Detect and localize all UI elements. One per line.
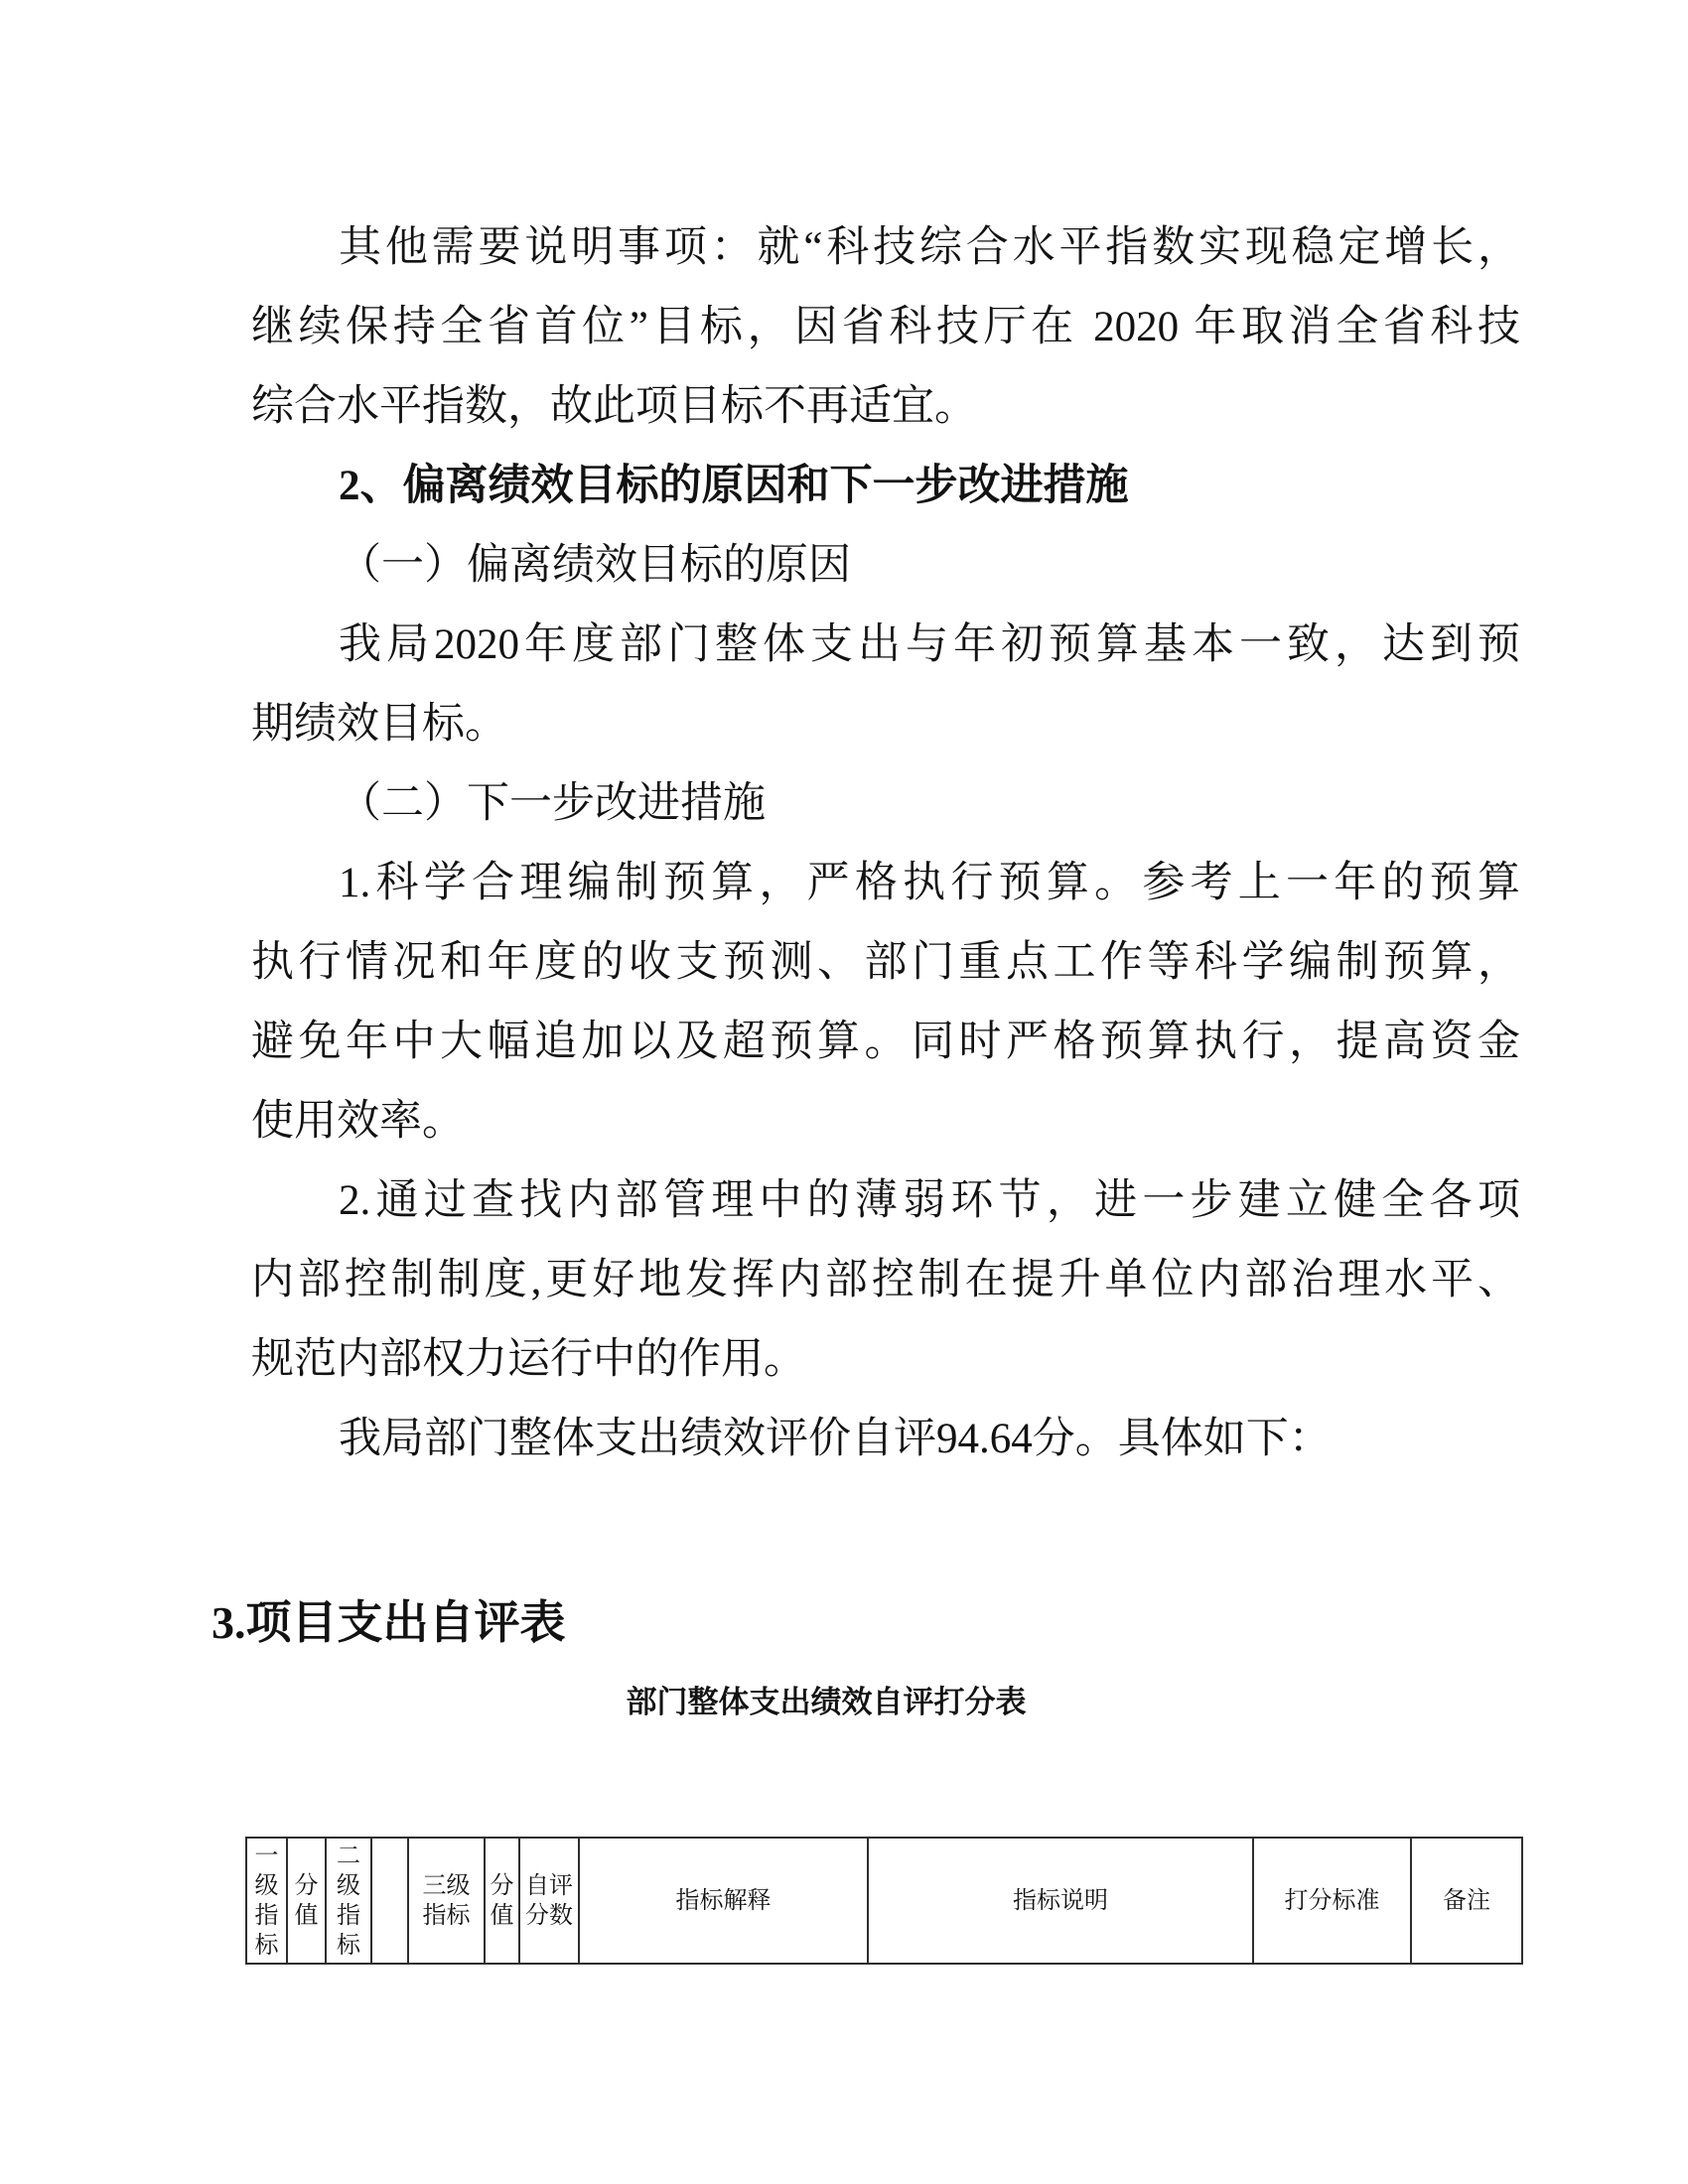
paragraph-line: 我局2020年度部门整体支出与年初预算基本一致，达到预 <box>251 606 1520 685</box>
paragraph-line: 其他需要说明事项：就“科技综合水平指数实现稳定增长， <box>251 208 1520 288</box>
header-cell-level3-indicator: 三级指标 <box>408 1838 485 1964</box>
paragraph-line: 内部控制制度,更好地发挥内部控制在提升单位内部治理水平、 <box>251 1241 1520 1320</box>
header-cell-empty <box>371 1838 408 1964</box>
header-cell-scoring-standard: 打分标准 <box>1253 1838 1411 1964</box>
paragraph-line: 规范内部权力运行中的作用。 <box>251 1320 1520 1400</box>
header-cell-remarks: 备注 <box>1411 1838 1522 1964</box>
document-page: 其他需要说明事项：就“科技综合水平指数实现稳定增长， 继续保持全省首位”目标，因… <box>0 0 1688 2184</box>
paragraph-line: 继续保持全省首位”目标，因省科技厅在 2020 年取消全省科技 <box>251 288 1520 367</box>
paragraph-line: 避免年中大幅追加以及超预算。同时严格预算执行，提高资金 <box>251 1003 1520 1082</box>
document-content: 其他需要说明事项：就“科技综合水平指数实现稳定增长， 继续保持全省首位”目标，因… <box>251 208 1520 1965</box>
score-table-title: 部门整体支出绩效自评打分表 <box>192 1683 1461 1722</box>
paragraph-line: 期绩效目标。 <box>251 685 1520 764</box>
paragraph-line: 综合水平指数，故此项目标不再适宜。 <box>251 367 1520 447</box>
paragraph-line: 1.科学合理编制预算，严格执行预算。参考上一年的预算 <box>251 844 1520 923</box>
header-cell-points-1: 分值 <box>287 1838 326 1964</box>
header-cell-self-score: 自评分数 <box>519 1838 579 1964</box>
header-cell-indicator-explanation: 指标解释 <box>579 1838 868 1964</box>
section-2-heading: 2、偏离绩效目标的原因和下一步改进措施 <box>251 447 1520 526</box>
paragraph-line: 2.通过查找内部管理中的薄弱环节，进一步建立健全各项 <box>251 1161 1520 1241</box>
subsection-2-heading: （二）下一步改进措施 <box>251 764 1520 844</box>
score-table: 一级指标 分值 二级指标 三级指标 分值 自评分数 指标解释 指标说明 打分标准… <box>245 1837 1523 1965</box>
header-cell-indicator-description: 指标说明 <box>868 1838 1253 1964</box>
paragraph-line: 我局部门整体支出绩效评价自评94.64分。具体如下： <box>251 1400 1520 1479</box>
header-cell-level1-indicator: 一级指标 <box>246 1838 287 1964</box>
subsection-1-heading: （一）偏离绩效目标的原因 <box>251 526 1520 606</box>
header-cell-points-2: 分值 <box>485 1838 519 1964</box>
paragraph-line: 执行情况和年度的收支预测、部门重点工作等科学编制预算， <box>251 923 1520 1003</box>
header-cell-level2-indicator: 二级指标 <box>326 1838 371 1964</box>
paragraph-line: 使用效率。 <box>251 1082 1520 1161</box>
section-3-heading: 3.项目支出自评表 <box>211 1583 1520 1663</box>
score-table-header-row: 一级指标 分值 二级指标 三级指标 分值 自评分数 指标解释 指标说明 打分标准… <box>246 1838 1522 1964</box>
